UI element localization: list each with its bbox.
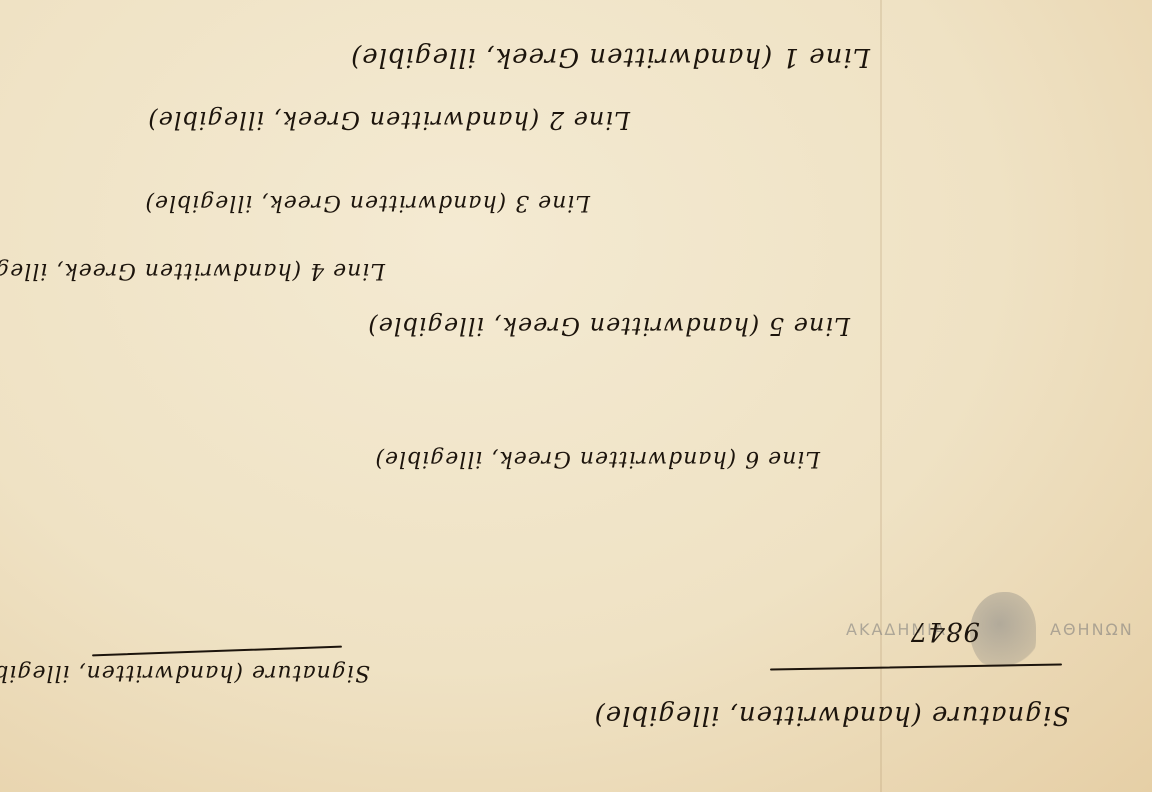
handwritten-line-2: Line 2 (handwritten Greek, illegible) bbox=[250, 106, 630, 134]
watermark-text-right: ΑΘΗΝΩΝ bbox=[1050, 620, 1134, 639]
signature-right: Signature (handwritten, illegible) bbox=[740, 700, 1070, 730]
handwritten-line-6: Line 6 (handwritten Greek, illegible) bbox=[160, 446, 820, 471]
signature-underline-left bbox=[92, 646, 342, 657]
handwritten-line-4: Line 4 (handwritten Greek, illegible) bbox=[225, 258, 385, 283]
manuscript-page: Line 1 (handwritten Greek, illegible) Li… bbox=[0, 0, 1152, 792]
handwritten-line-3: Line 3 (handwritten Greek, illegible) bbox=[30, 190, 590, 215]
paper-fold-line bbox=[880, 0, 882, 792]
handwritten-line-5: Line 5 (handwritten Greek, illegible) bbox=[30, 312, 850, 340]
signature-left: Signature (handwritten, illegible) bbox=[60, 660, 370, 685]
reference-number: 9847 bbox=[820, 616, 980, 646]
handwritten-line-1: Line 1 (handwritten Greek, illegible) bbox=[30, 42, 870, 72]
